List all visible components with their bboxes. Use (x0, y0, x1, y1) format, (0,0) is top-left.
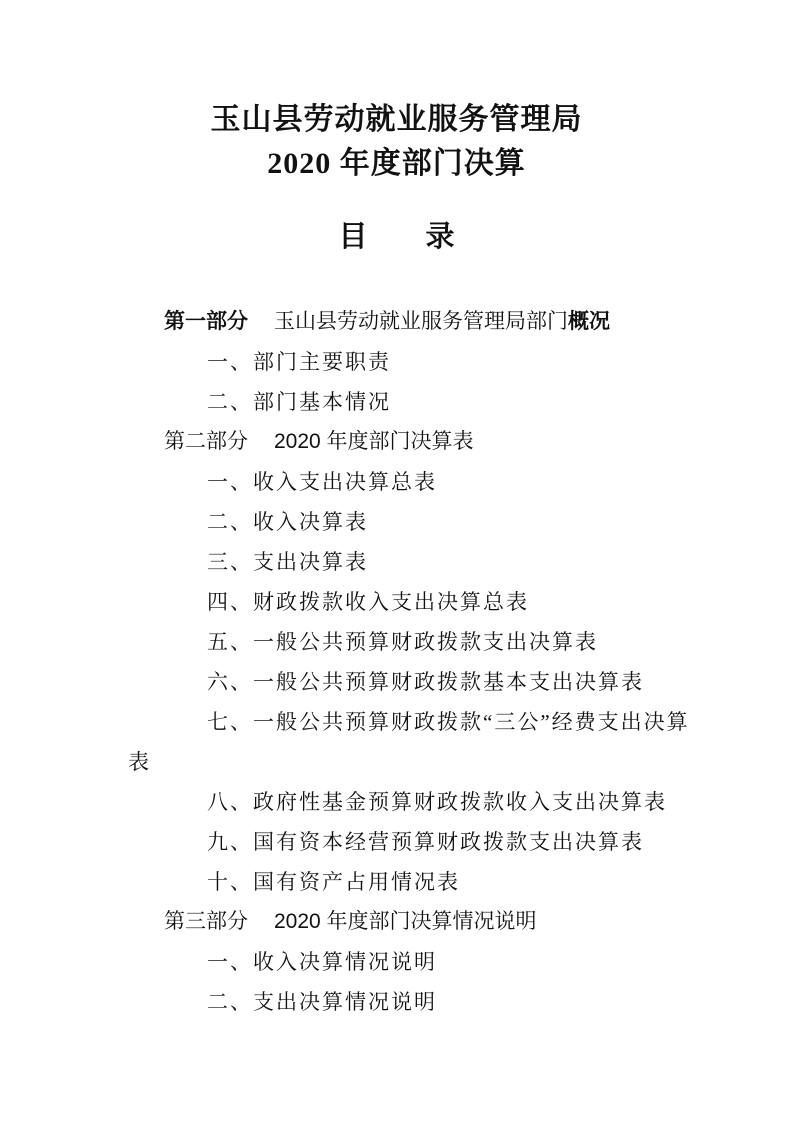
document-title-block: 玉山县劳动就业服务管理局 2020 年度部门决算 (0, 0, 793, 186)
toc-item-part3-2: 二、支出决算情况说明 (128, 982, 706, 1022)
document-page: 玉山县劳动就业服务管理局 2020 年度部门决算 目 录 第一部分玉山县劳动就业… (0, 0, 793, 1122)
part2-title: 2020 年度部门决算表 (274, 430, 474, 453)
part3-title: 2020 年度部门决算情况说明 (274, 910, 537, 933)
part2-label: 第二部分 (164, 430, 248, 453)
toc-section-part3: 第三部分2020 年度部门决算情况说明 (128, 902, 706, 942)
toc-item-part2-6: 六、一般公共预算财政拨款基本支出决算表 (128, 662, 706, 702)
toc-item-part1-2: 二、部门基本情况 (128, 382, 706, 422)
toc-item-part3-1: 一、收入决算情况说明 (128, 942, 706, 982)
part1-title-bold: 概况 (568, 310, 610, 333)
part1-title-regular: 玉山县劳动就业服务管理局部门 (274, 310, 568, 333)
toc-item-part2-3: 三、支出决算表 (128, 542, 706, 582)
toc-item-part2-1: 一、收入支出决算总表 (128, 462, 706, 502)
toc-item-part2-8: 八、政府性基金预算财政拨款收入支出决算表 (128, 782, 706, 822)
toc-section-part2: 第二部分2020 年度部门决算表 (128, 422, 706, 462)
toc-heading: 目 录 (0, 215, 793, 259)
toc-item-part2-5: 五、一般公共预算财政拨款支出决算表 (128, 622, 706, 662)
toc-section-part1: 第一部分玉山县劳动就业服务管理局部门概况 (128, 302, 706, 342)
toc-item-part2-2: 二、收入决算表 (128, 502, 706, 542)
toc-item-part2-4: 四、财政拨款收入支出决算总表 (128, 582, 706, 622)
toc-item-part1-1: 一、部门主要职责 (128, 342, 706, 382)
document-title-line-2: 2020 年度部门决算 (0, 142, 793, 186)
toc-list: 第一部分玉山县劳动就业服务管理局部门概况 一、部门主要职责 二、部门基本情况 第… (128, 302, 706, 1022)
document-title-line-1: 玉山县劳动就业服务管理局 (0, 98, 793, 142)
toc-item-part2-10: 十、国有资产占用情况表 (128, 862, 706, 902)
toc-item-part2-9: 九、国有资本经营预算财政拨款支出决算表 (128, 822, 706, 862)
toc-item-part2-7: 七、一般公共预算财政拨款“三公”经费支出决算表 (128, 702, 706, 782)
part1-label: 第一部分 (164, 310, 248, 333)
part3-label: 第三部分 (164, 910, 248, 933)
